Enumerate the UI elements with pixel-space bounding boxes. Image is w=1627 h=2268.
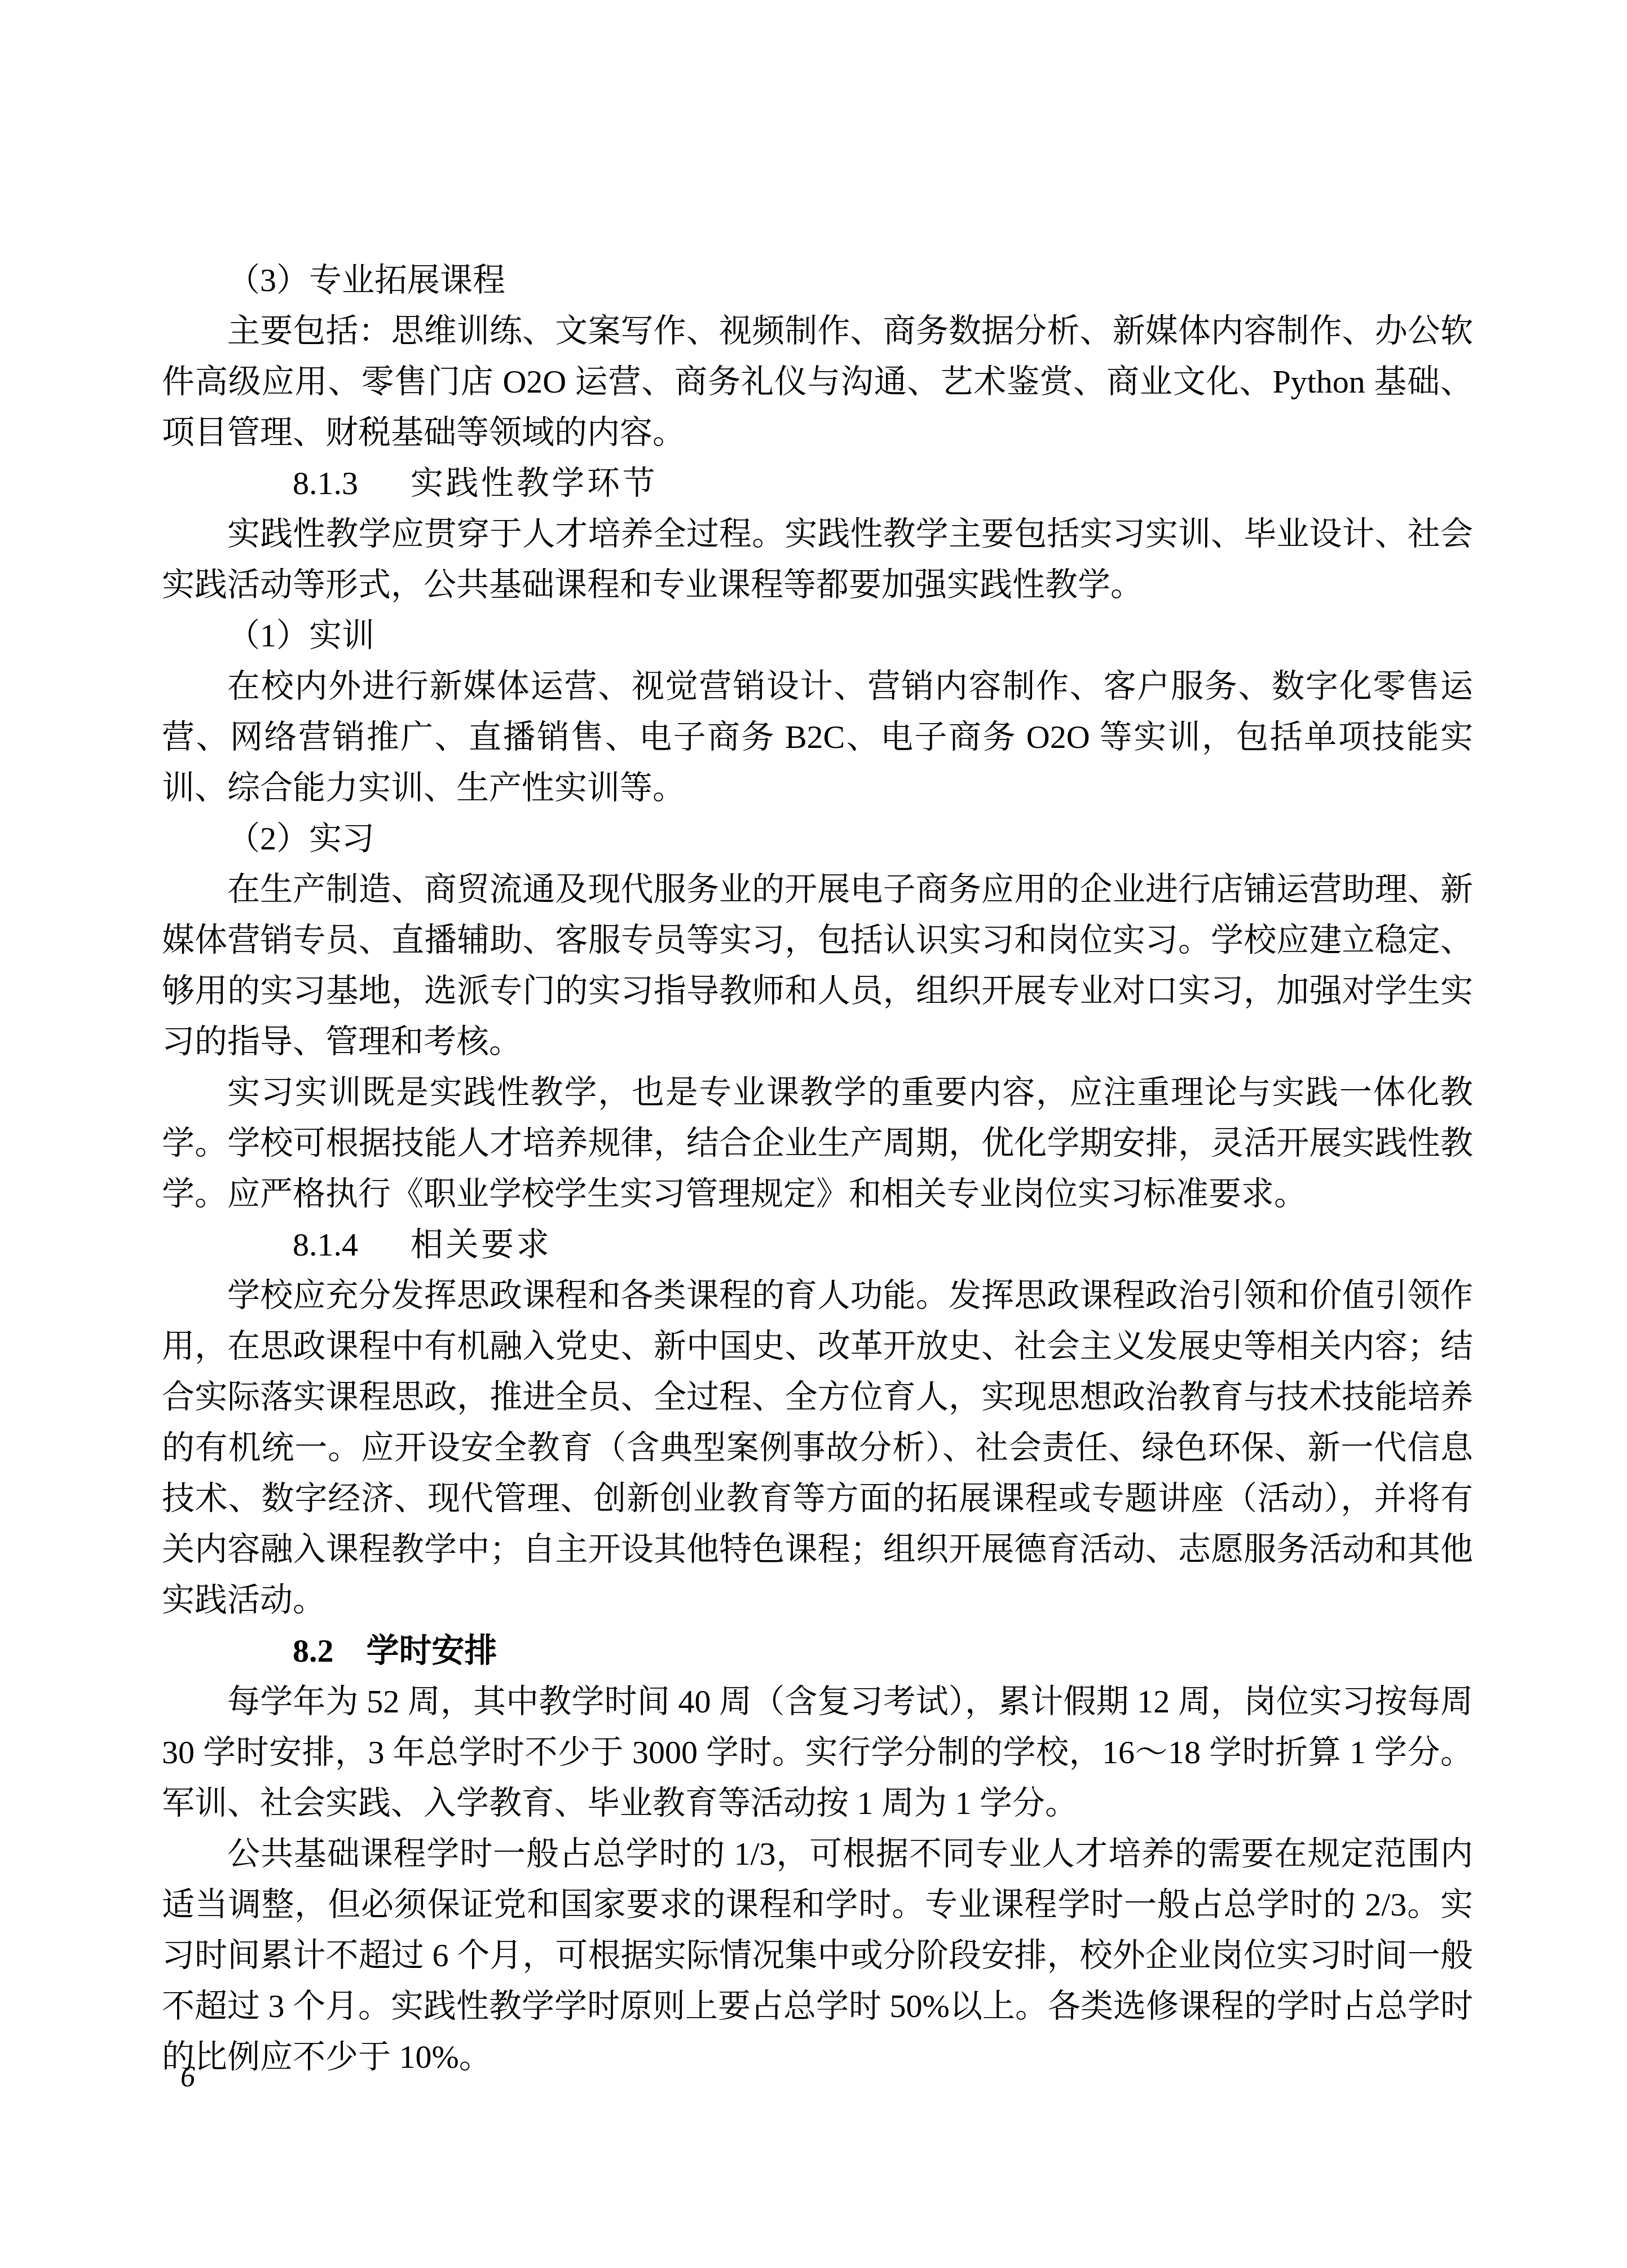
- section-8-2-body-1: 每学年为 52 周，其中教学时间 40 周（含复习考试），累计假期 12 周，岗…: [162, 1676, 1473, 1829]
- section-number: 8.2: [227, 1626, 334, 1676]
- section-title: 学时安排: [367, 1632, 497, 1669]
- item-training-heading: （1）实训: [162, 610, 1473, 661]
- section-title: 相关要求: [411, 1226, 552, 1263]
- section-heading-8-2: 8.2学时安排: [162, 1626, 1473, 1676]
- section-number: 8.1.4: [227, 1219, 358, 1270]
- section-title: 实践性教学环节: [411, 465, 658, 501]
- section-heading-8-1-3: 8.1.3实践性教学环节: [162, 458, 1473, 509]
- document-page: （3）专业拓展课程 主要包括：思维训练、文案写作、视频制作、商务数据分析、新媒体…: [0, 0, 1627, 2268]
- text-block: （3）专业拓展课程 主要包括：思维训练、文案写作、视频制作、商务数据分析、新媒体…: [162, 255, 1473, 2082]
- expand-course-body: 主要包括：思维训练、文案写作、视频制作、商务数据分析、新媒体内容制作、办公软件高…: [162, 306, 1473, 458]
- section-8-1-3-body: 实践性教学应贯穿于人才培养全过程。实践性教学主要包括实习实训、毕业设计、社会实践…: [162, 509, 1473, 610]
- item-internship-heading: （2）实习: [162, 813, 1473, 864]
- item-internship-body: 在生产制造、商贸流通及现代服务业的开展电子商务应用的企业进行店铺运营助理、新媒体…: [162, 864, 1473, 1067]
- item-training-body: 在校内外进行新媒体运营、视觉营销设计、营销内容制作、客户服务、数字化零售运营、网…: [162, 661, 1473, 813]
- section-8-2-body-2: 公共基础课程学时一般占总学时的 1/3，可根据不同专业人才培养的需要在规定范围内…: [162, 1829, 1473, 2082]
- section-heading-8-1-4: 8.1.4相关要求: [162, 1219, 1473, 1270]
- page-number: 6: [180, 2058, 195, 2097]
- expand-course-heading: （3）专业拓展课程: [162, 255, 1473, 306]
- item-internship-body-2: 实习实训既是实践性教学，也是专业课教学的重要内容，应注重理论与实践一体化教学。学…: [162, 1067, 1473, 1219]
- section-8-1-4-body: 学校应充分发挥思政课程和各类课程的育人功能。发挥思政课程政治引领和价值引领作用，…: [162, 1270, 1473, 1626]
- section-number: 8.1.3: [227, 458, 358, 509]
